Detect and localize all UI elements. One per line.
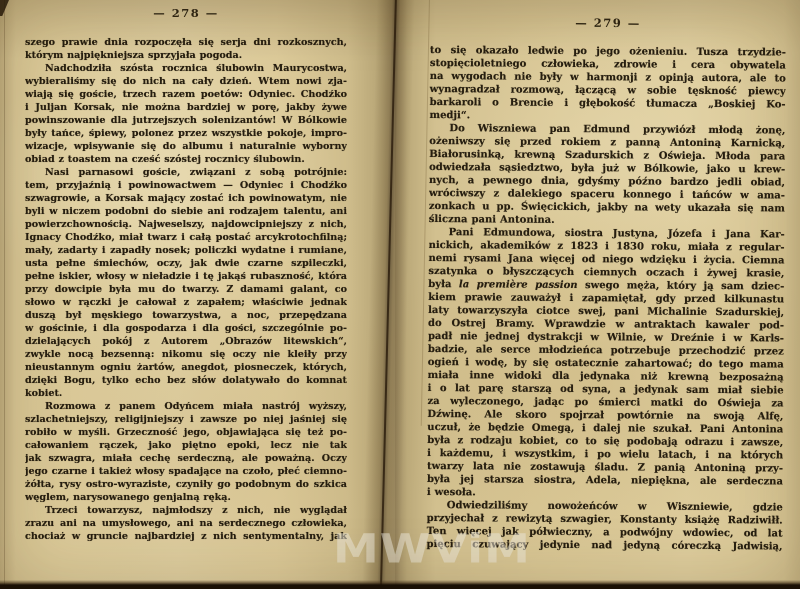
text-line: powierzchownością. Najweselszy, najdowci… bbox=[25, 218, 347, 231]
text-line: była jej starsza siostra, Adela, niepięk… bbox=[427, 473, 783, 488]
text-line: jak szwagra, miała cechę serdeczną, ale … bbox=[25, 452, 347, 465]
text-line: nieustannym ogniu żartów, anegdot, piosn… bbox=[25, 361, 347, 374]
text-line: wybieraliśmy się do nich na cały dzień. … bbox=[25, 75, 347, 88]
text-line: i Juljan Korsak, nie można bardziej w po… bbox=[25, 101, 347, 114]
text-line: barkaroli o Brencie i głębokość tłumacza… bbox=[430, 96, 786, 111]
text-line: Trzeci towarzysz, najmłodszy z nich, nie… bbox=[25, 504, 347, 517]
text-line: były tańce, śpiewy, polonez przez wszyst… bbox=[25, 127, 347, 140]
text-line: wizacje, wpisywanie się do albumu i natu… bbox=[25, 140, 347, 153]
text-line: zrazu ani na umysłowego, ani na serdeczn… bbox=[25, 517, 347, 530]
text-line: słowo w rączki je całował z zapałem; wła… bbox=[25, 296, 347, 309]
text-line: żółta, rysy ostro-wyraziste, czyniły go … bbox=[25, 478, 347, 491]
text-line: tem, przyjaźnią i powinowactwem — Odynie… bbox=[25, 179, 347, 192]
text-line: zwykle nocą bezsenną: nikomu się oczy ni… bbox=[25, 348, 347, 361]
text-line: usta pełne śmiechów, oczy, jak dwie czar… bbox=[25, 257, 347, 270]
page-278-text: szego prawie dnia rozpoczęła się serja d… bbox=[25, 36, 347, 543]
text-line: wiają się goście, trzech razem poetów: O… bbox=[25, 88, 347, 101]
text-line: dzielających pokój z Autorem „Obrazów li… bbox=[25, 335, 347, 348]
text-line: duszą był męskiego towarzystwa, a noc, p… bbox=[25, 309, 347, 322]
text-line: szego prawie dnia rozpoczęła się serja d… bbox=[25, 36, 347, 49]
page-number-279: — 279 — bbox=[430, 15, 786, 31]
text-line: Rozmowa z panem Odyńcem miała nastrój wy… bbox=[25, 400, 347, 413]
text-line: robiło w myśli. Grzeczność jego, objawia… bbox=[25, 426, 347, 439]
text-line: jego czarne i takież włosy spadające na … bbox=[25, 465, 347, 478]
text-line: kobiet. bbox=[25, 387, 347, 400]
text-line: Nasi parnasowi goście, związani z sobą p… bbox=[25, 166, 347, 179]
text-line: chociaż w gruncie najbardziej z nich sen… bbox=[25, 530, 347, 543]
text-line: powinszowanie dla jutrzejszych solenizan… bbox=[25, 114, 347, 127]
text-line: przy dowcipie była mu do twarzy. Z damam… bbox=[25, 283, 347, 296]
text-line: całowaniem rączek, jako piętno epoki, le… bbox=[25, 439, 347, 452]
text-line: dzięki Bogu, tylko echo bez słów dolatyw… bbox=[25, 374, 347, 387]
text-line: którym najpiękniejsza sprzyjała pogoda. bbox=[25, 49, 347, 62]
text-line: pełne iskier, włosy w nieładzie i tę jak… bbox=[25, 270, 347, 283]
text-line: w gościnie, i dla gospodarza i dla gości… bbox=[25, 322, 347, 335]
page-279-text: to się okazało ledwie po jego ożenieniu.… bbox=[426, 44, 786, 553]
text-line: pięciu czuwający jedynie nad jedyną córe… bbox=[426, 538, 782, 553]
text-line: byli w niczem podobni do siebie ani rodz… bbox=[25, 205, 347, 218]
text-line: szlachetniejszy, religijniejszy i zawsze… bbox=[25, 413, 347, 426]
text-line: węglem, narysowanego genjalną ręką. bbox=[25, 491, 347, 504]
page-number-278: — 278 — bbox=[25, 6, 347, 20]
text-line: mały, zadarty i zapadły nosek; policzki … bbox=[25, 244, 347, 257]
text-line: Nadchodziła szósta rocznica ślubowin Mau… bbox=[25, 62, 347, 75]
text-line: Ignacy Chodźko, miał twarz i całą postać… bbox=[25, 231, 347, 244]
book-scan-photo: — 278 — — 279 — szego prawie dnia rozpoc… bbox=[0, 0, 800, 589]
text-line: obiad z toastem na cześć szóstej rocznic… bbox=[25, 153, 347, 166]
text-line: szwagrowie, a Korsak mający zostać ich p… bbox=[25, 192, 347, 205]
